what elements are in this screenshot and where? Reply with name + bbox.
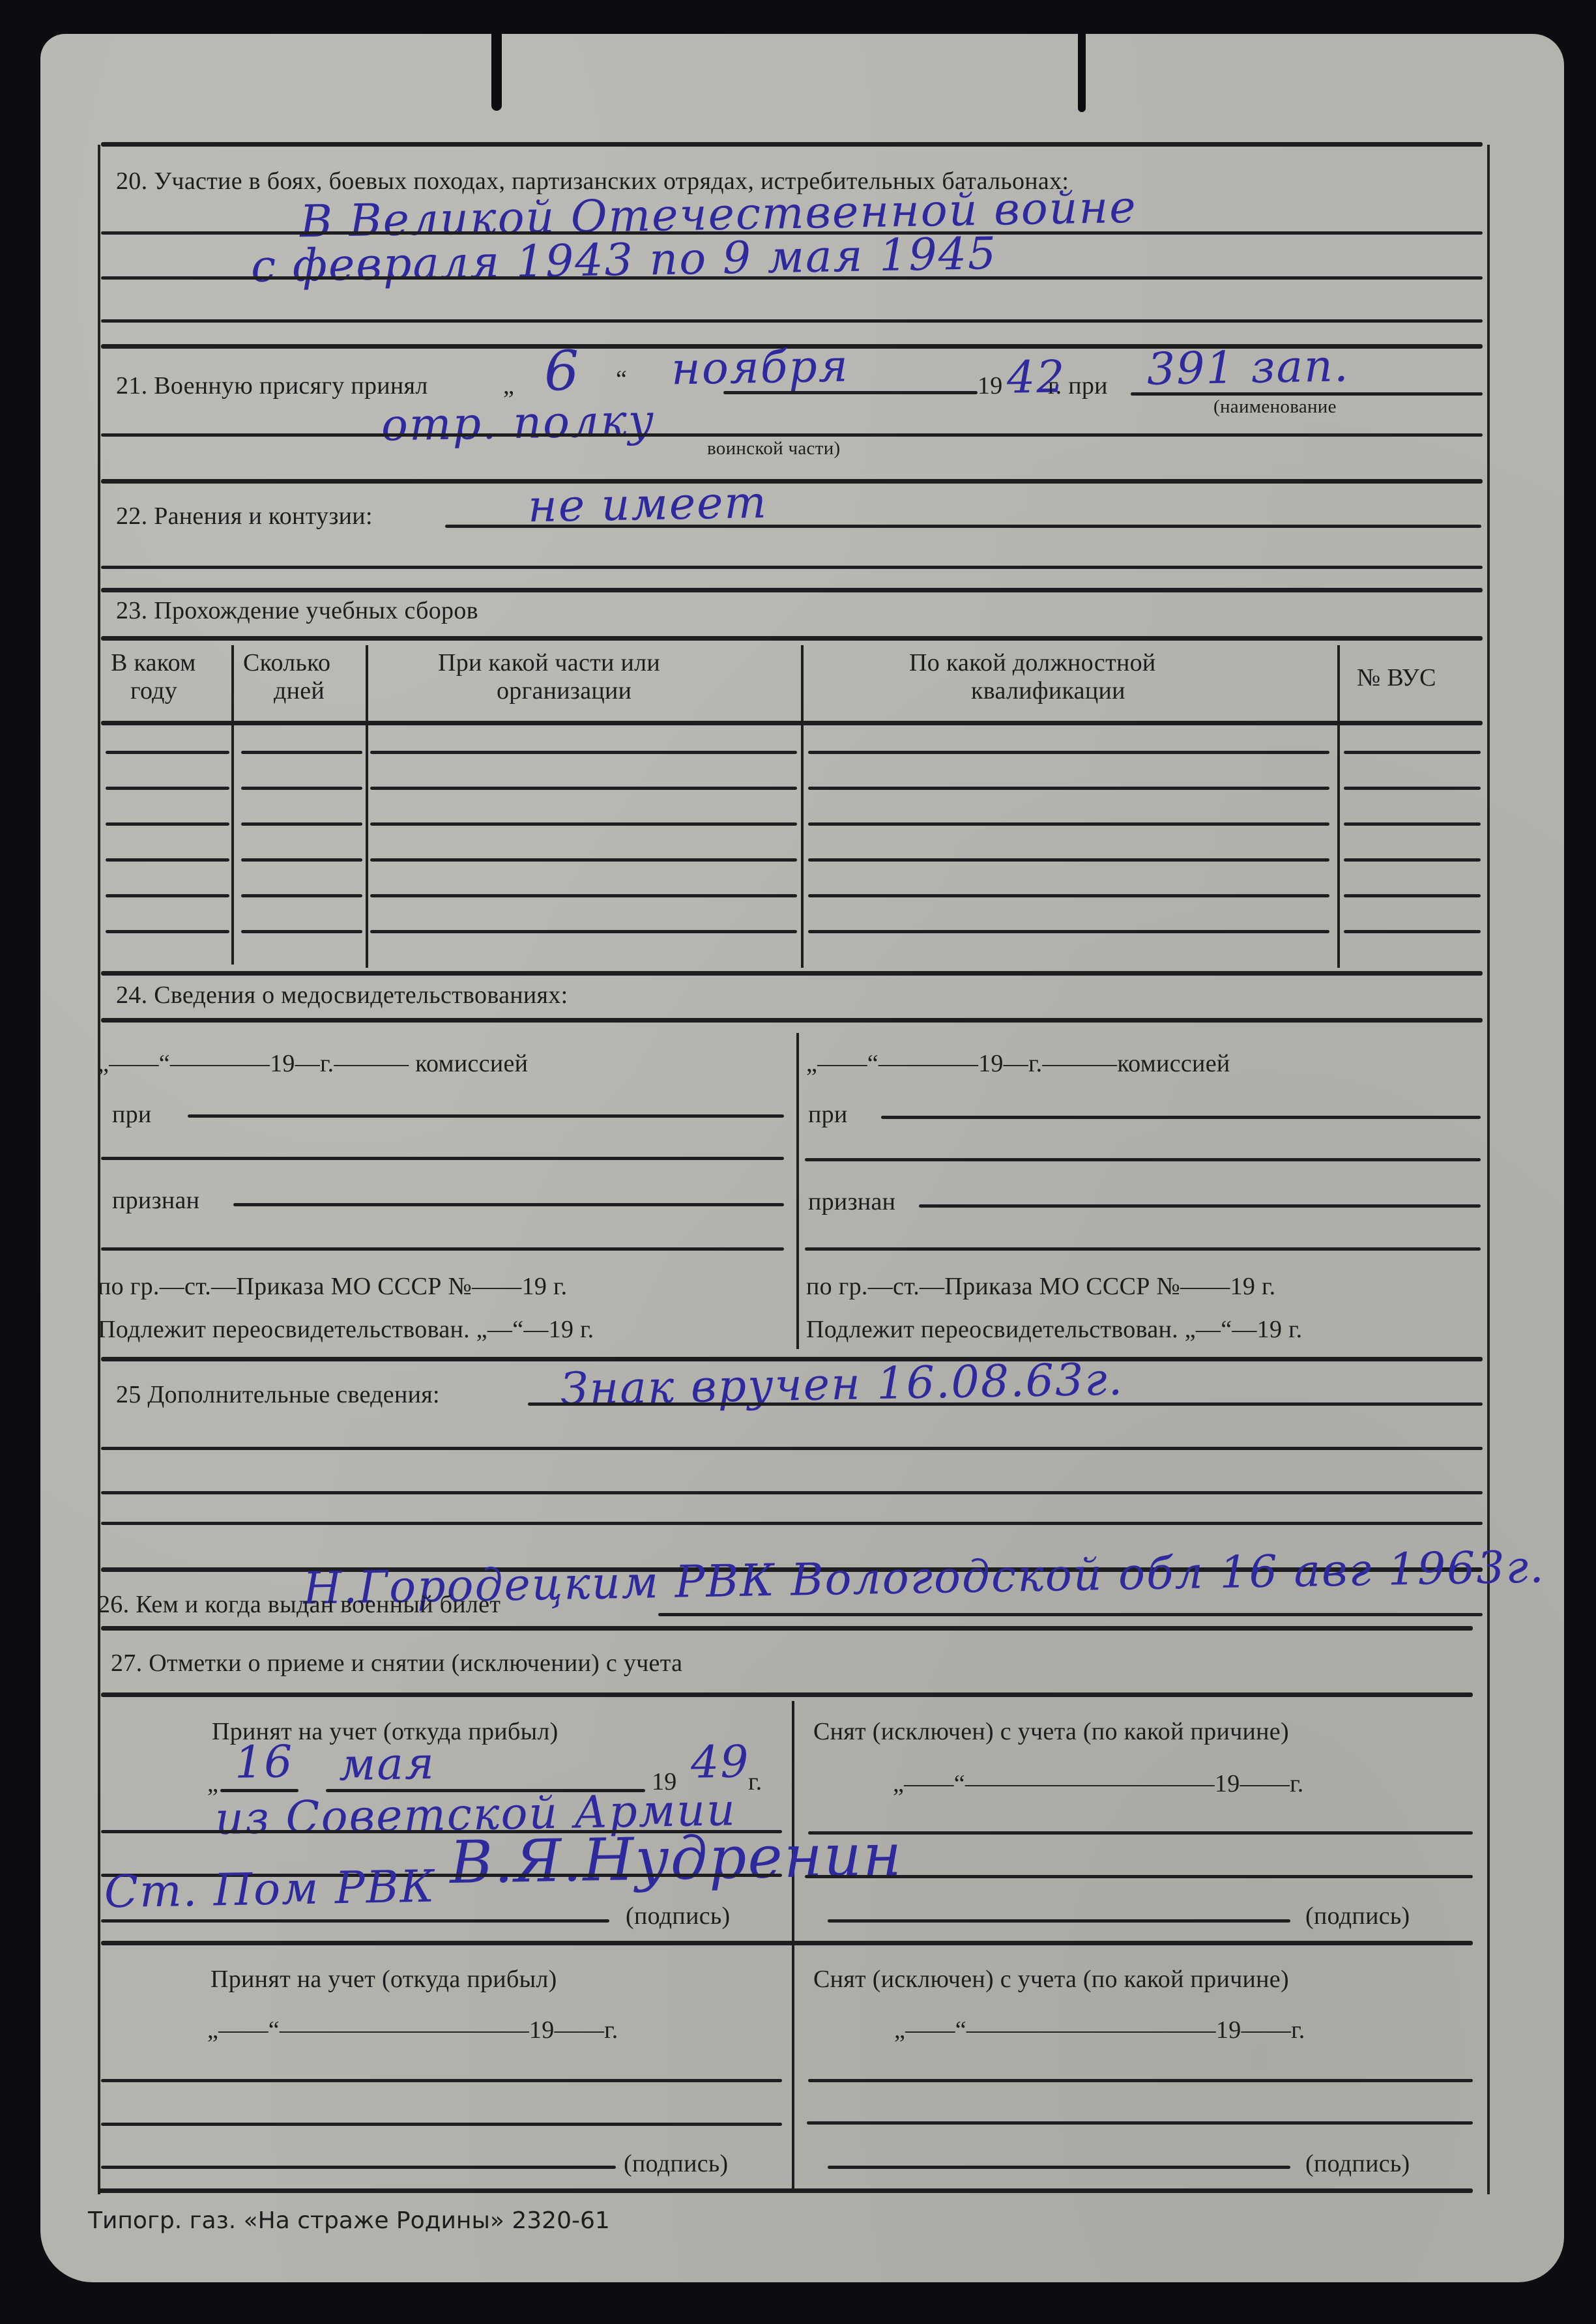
table-row-line — [241, 858, 362, 862]
signature-line — [101, 1919, 609, 1923]
table-row-line — [106, 930, 229, 933]
section24-label: 24. Сведения о медосвидетельствованиях: — [116, 981, 568, 1009]
table-row-line — [808, 787, 1329, 790]
med-exam-2-order: по гр.—ст.—Приказа МО СССР №——19 г. — [806, 1272, 1275, 1301]
oath-unit-2: отр. полку — [381, 395, 656, 451]
med-exam-1-priznan: признан — [112, 1186, 199, 1215]
col-header-qualification: квалификации — [971, 676, 1125, 705]
oath-unit-1: 391 зап. — [1146, 340, 1350, 395]
table-row-line — [1344, 858, 1481, 862]
table-row-line — [370, 894, 797, 897]
fill-line — [445, 525, 1481, 528]
fill-line — [101, 1447, 1483, 1450]
table-row-line — [370, 787, 797, 790]
divider — [101, 971, 1483, 976]
accepted-year: 49 — [690, 1736, 750, 1789]
accepted-month: мая — [338, 1738, 435, 1792]
accepted-day: 16 — [234, 1736, 294, 1789]
oath-day: 6 — [544, 339, 581, 403]
binding-notch — [1078, 34, 1086, 112]
fill-line — [808, 2079, 1473, 2082]
fill-line — [723, 391, 978, 394]
fill-line — [101, 566, 1483, 569]
fill-line — [101, 1157, 784, 1160]
accepted-date: „——“——————————19——г. — [207, 2016, 618, 2044]
fill-line — [881, 1116, 1481, 1119]
removed-date: „——“——————————19——г. — [893, 1769, 1304, 1798]
fill-line — [101, 433, 1483, 437]
section26-label: 26. Кем и когда выдан военный билет — [98, 1590, 501, 1619]
column-divider — [792, 1701, 794, 2190]
section25-label: 25 Дополнительные сведения: — [116, 1380, 440, 1409]
table-row-line — [1344, 894, 1481, 897]
med-exam-1-order: по гр.—ст.—Приказа МО СССР №——19 г. — [98, 1272, 567, 1301]
fill-line — [1131, 392, 1483, 396]
column-divider — [366, 645, 368, 968]
table-row-line — [1344, 822, 1481, 826]
section21-label: 21. Военную присягу принял — [116, 371, 428, 400]
table-row-line — [241, 787, 362, 790]
col-header-year: В каком — [111, 648, 196, 677]
med-exam-1-pri: при — [112, 1100, 152, 1129]
accepted-label: Принят на учет (откуда прибыл) — [210, 1965, 557, 1994]
col-header-unit: организации — [497, 676, 631, 705]
table-row-line — [808, 894, 1329, 897]
fill-line — [101, 276, 1483, 280]
section27-label: 27. Отметки о приеме и снятии (исключени… — [111, 1649, 682, 1678]
col-header-vus: № ВУС — [1357, 663, 1436, 692]
table-row-line — [106, 822, 229, 826]
divider — [101, 636, 1483, 641]
section23-label: 23. Прохождение учебных сборов — [116, 596, 478, 625]
med-exam-1-reexam: Подлежит переосвидетельствован. „—“—19 г… — [98, 1315, 594, 1344]
signature-caption: (подпись) — [624, 2149, 728, 2178]
binding-notch — [491, 34, 502, 111]
divider — [98, 2188, 1473, 2193]
table-row-line — [808, 751, 1329, 754]
year-prefix: 19 — [978, 371, 1003, 400]
table-row-line — [106, 751, 229, 754]
table-row-line — [106, 894, 229, 897]
med-exam-2-reexam: Подлежит переосвидетельствован. „—“—19 г… — [806, 1315, 1302, 1344]
signature-caption: (подпись) — [626, 1902, 730, 1930]
fill-line — [233, 1203, 784, 1206]
table-row-line — [241, 930, 362, 933]
table-row-line — [808, 858, 1329, 862]
med-exam-2-date: „——“————19—г.———комиссией — [806, 1049, 1230, 1078]
table-row-line — [370, 858, 797, 862]
col-header-days: дней — [274, 676, 325, 705]
signature-caption: (подпись) — [1305, 1902, 1410, 1930]
table-row-line — [808, 930, 1329, 933]
table-row-line — [241, 751, 362, 754]
col-header-year: году — [130, 676, 177, 705]
fill-line — [101, 2079, 782, 2082]
section22-label: 22. Ранения и контузии: — [116, 502, 373, 530]
divider — [101, 1941, 1473, 1945]
table-row-line — [1344, 751, 1481, 754]
table-row-line — [106, 858, 229, 862]
quote-mark: „ — [503, 371, 514, 400]
table-row-line — [370, 930, 797, 933]
table-row-line — [370, 822, 797, 826]
table-row-line — [106, 787, 229, 790]
fill-line — [805, 1158, 1481, 1161]
signature-line — [828, 2166, 1290, 2169]
fill-line — [808, 1831, 1473, 1835]
fill-line — [805, 1875, 1473, 1878]
removed-label: Снят (исключен) с учета (по какой причин… — [813, 1965, 1289, 1994]
divider — [101, 142, 1483, 147]
table-row-line — [808, 822, 1329, 826]
fill-line — [101, 1491, 1483, 1494]
med-exam-1-date: „——“————19—г.——— комиссией — [98, 1049, 528, 1078]
year-unit: г. — [748, 1767, 762, 1796]
fill-line — [658, 1613, 1483, 1616]
signature-line — [828, 1919, 1290, 1923]
table-header-divider — [101, 721, 1483, 725]
fill-line — [101, 1522, 1483, 1525]
fill-line — [805, 1247, 1481, 1251]
table-row-line — [370, 751, 797, 754]
signature-caption: (подпись) — [1305, 2149, 1410, 2178]
fill-line — [919, 1204, 1481, 1208]
fill-line — [188, 1114, 784, 1118]
column-divider — [796, 1033, 799, 1349]
med-exam-2-priznan: признан — [808, 1187, 895, 1216]
printer-imprint: Типогр. газ. «На страже Родины» 2320-61 — [88, 2207, 610, 2234]
divider — [101, 588, 1483, 592]
divider — [101, 479, 1483, 484]
fill-line — [101, 2123, 782, 2126]
fill-line — [101, 1247, 784, 1251]
col-header-qualification: По какой должностной — [909, 648, 1156, 677]
fill-line — [528, 1402, 1483, 1406]
signature-line — [101, 2166, 616, 2169]
table-row-line — [241, 894, 362, 897]
additional-info-value: Знак вручен 16.08.63г. — [560, 1354, 1124, 1415]
removed-date: „——“——————————19——г. — [894, 2016, 1305, 2044]
col-header-unit: При какой части или — [438, 648, 660, 677]
removed-label: Снят (исключен) с учета (по какой причин… — [813, 1717, 1289, 1746]
table-row-line — [241, 822, 362, 826]
col-header-days: Сколько — [243, 648, 330, 677]
table-row-line — [1344, 930, 1481, 933]
column-divider — [1337, 645, 1340, 968]
accepted-signer: Ст. Пом РВК — [104, 1861, 436, 1919]
med-exam-2-pri: при — [808, 1100, 848, 1129]
fill-line — [807, 2121, 1473, 2125]
caption-naimenovanie: (наименование — [1213, 396, 1337, 418]
divider — [101, 1692, 1473, 1697]
fill-line — [101, 319, 1483, 323]
caption-voinskoy-chasti: воинской части) — [707, 438, 840, 459]
column-divider — [801, 645, 804, 968]
column-divider — [231, 645, 234, 965]
divider — [101, 1018, 1483, 1023]
quote-mark: “ — [616, 365, 627, 394]
divider — [101, 1626, 1473, 1631]
table-row-line — [1344, 787, 1481, 790]
year-unit: г. при — [1048, 371, 1108, 400]
oath-month: ноября — [671, 341, 849, 396]
